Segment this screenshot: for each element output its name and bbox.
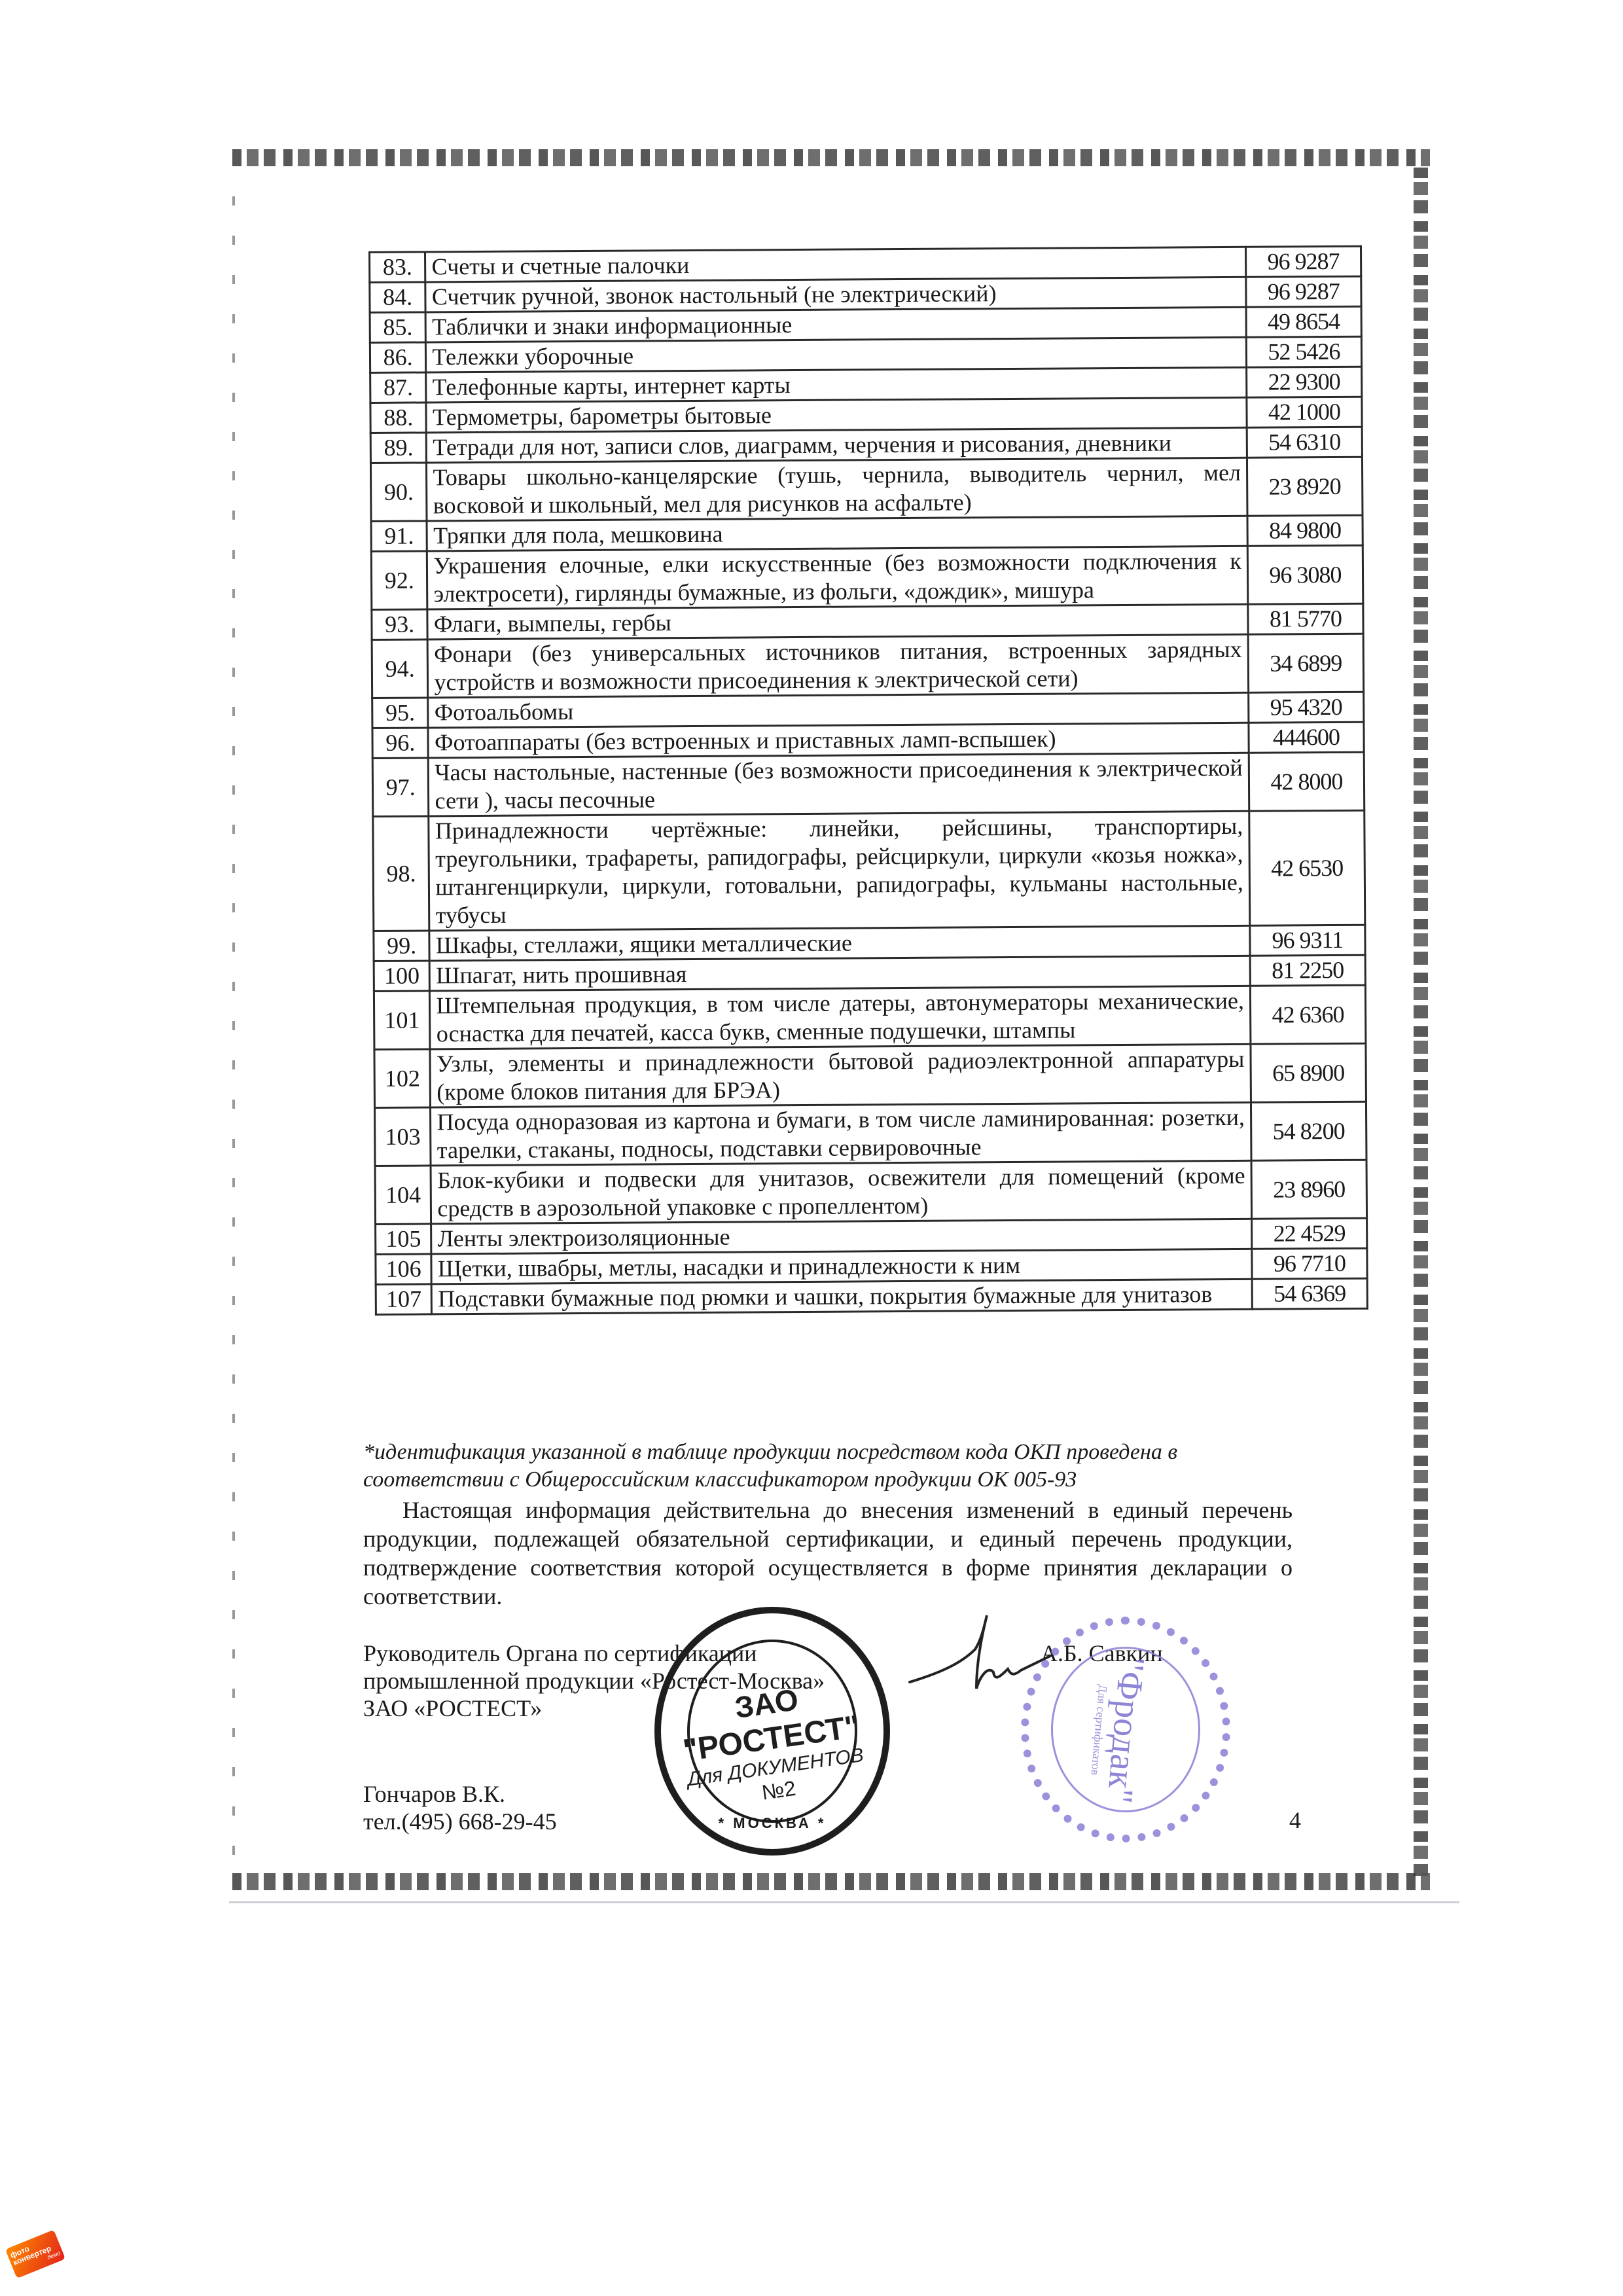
row-number: 100 bbox=[374, 961, 430, 992]
okp-code: 95 4320 bbox=[1249, 692, 1364, 723]
product-description: Телефонные карты, интернет карты bbox=[426, 367, 1247, 403]
scan-edge-line bbox=[229, 1901, 1459, 1903]
row-number: 94. bbox=[372, 639, 428, 698]
table-row: 97.Часы настольные, настенные (без возмо… bbox=[372, 752, 1364, 816]
product-description: Тряпки для пола, мешковина bbox=[427, 516, 1247, 551]
row-number: 86. bbox=[370, 342, 426, 373]
contact-phone: тел.(495) 668-29-45 bbox=[363, 1808, 557, 1835]
row-number: 107 bbox=[376, 1284, 432, 1315]
page-number: 4 bbox=[1289, 1806, 1301, 1834]
row-number: 83. bbox=[370, 252, 426, 283]
decorative-border-top bbox=[232, 149, 1430, 166]
row-number: 106 bbox=[376, 1254, 432, 1285]
okp-code: 42 6360 bbox=[1250, 985, 1366, 1044]
contact-block: Гончаров В.К. тел.(495) 668-29-45 bbox=[363, 1780, 557, 1835]
okp-code: 34 6899 bbox=[1248, 634, 1364, 692]
product-description: Товары школьно-канцелярские (тушь, черни… bbox=[427, 457, 1247, 521]
product-description: Тележки уборочные bbox=[426, 337, 1247, 372]
product-description: Принадлежности чертёжные: линейки, рейсш… bbox=[429, 811, 1249, 931]
product-description: Ленты электроизоляционные bbox=[431, 1219, 1252, 1254]
okp-code: 81 5770 bbox=[1248, 603, 1363, 634]
products-table: 83.Счеты и счетные палочки96 928784.Счет… bbox=[368, 245, 1368, 1316]
row-number: 89. bbox=[370, 433, 427, 463]
okp-code: 96 9287 bbox=[1246, 276, 1361, 307]
product-description: Часы настольные, настенные (без возможно… bbox=[429, 753, 1249, 816]
okp-code: 22 4529 bbox=[1251, 1218, 1366, 1249]
okp-code: 54 6369 bbox=[1252, 1278, 1367, 1309]
product-description: Счеты и счетные палочки bbox=[425, 247, 1246, 282]
okp-code: 65 8900 bbox=[1251, 1043, 1366, 1102]
row-number: 87. bbox=[370, 372, 427, 403]
row-number: 93. bbox=[372, 609, 428, 640]
stamp-company-name: "Фродак" bbox=[1098, 1655, 1152, 1805]
okp-code: 23 8960 bbox=[1251, 1160, 1367, 1219]
product-description: Подставки бумажные под рюмки и чашки, по… bbox=[432, 1279, 1253, 1314]
row-number: 97. bbox=[372, 758, 429, 817]
row-number: 84. bbox=[370, 282, 426, 313]
okp-code: 96 7710 bbox=[1252, 1248, 1367, 1279]
table-row: 90.Товары школьно-канцелярские (тушь, че… bbox=[370, 457, 1363, 521]
decorative-border-left bbox=[232, 157, 235, 1885]
frodak-stamp: "Фродак" Для сертификатов bbox=[1021, 1617, 1230, 1842]
okp-code: 96 9311 bbox=[1250, 925, 1365, 956]
product-description: Посуда одноразовая из картона и бумаги, … bbox=[431, 1102, 1251, 1166]
product-description: Флаги, вымпелы, гербы bbox=[427, 604, 1248, 639]
okp-code: 49 8654 bbox=[1246, 306, 1361, 337]
okp-code: 42 1000 bbox=[1247, 397, 1362, 427]
product-description: Таблички и знаки информационные bbox=[426, 307, 1247, 342]
okp-code: 54 6310 bbox=[1247, 427, 1362, 457]
row-number: 103 bbox=[374, 1107, 431, 1166]
okp-code: 96 3080 bbox=[1247, 545, 1363, 604]
okp-code: 444600 bbox=[1249, 722, 1364, 753]
fotoconverter-demo-logo: фото конвертер демо bbox=[5, 2230, 65, 2278]
row-number: 105 bbox=[376, 1224, 432, 1255]
product-description: Шпагат, нить прошивная bbox=[430, 956, 1251, 991]
okp-code: 42 8000 bbox=[1249, 752, 1364, 811]
table-row: 101Штемпельная продукция, в том числе да… bbox=[374, 985, 1366, 1049]
product-description: Узлы, элементы и принадлежности бытовой … bbox=[430, 1044, 1251, 1107]
okp-code: 52 5426 bbox=[1246, 336, 1361, 367]
table-row: 102Узлы, элементы и принадлежности бытов… bbox=[374, 1043, 1366, 1107]
product-description: Счетчик ручной, звонок настольный (не эл… bbox=[425, 277, 1246, 312]
okp-code: 22 9300 bbox=[1246, 367, 1361, 397]
table-row: 107Подставки бумажные под рюмки и чашки,… bbox=[376, 1278, 1367, 1314]
row-number: 102 bbox=[374, 1049, 431, 1108]
contact-name: Гончаров В.К. bbox=[363, 1780, 557, 1808]
okp-code: 23 8920 bbox=[1247, 457, 1363, 516]
product-description: Украшения елочные, елки искусственные (б… bbox=[427, 546, 1248, 609]
table-row: 104Блок-кубики и подвески для унитазов, … bbox=[375, 1160, 1367, 1224]
row-number: 101 bbox=[374, 991, 430, 1050]
product-description: Блок-кубики и подвески для унитазов, осв… bbox=[431, 1160, 1252, 1224]
okp-code: 84 9800 bbox=[1247, 515, 1363, 546]
product-description: Фонари (без универсальных источников пит… bbox=[428, 634, 1249, 698]
table-row: 94.Фонари (без универсальных источников … bbox=[372, 634, 1364, 698]
table-row: 98.Принадлежности чертёжные: линейки, ре… bbox=[373, 810, 1365, 931]
okp-code: 54 8200 bbox=[1251, 1102, 1366, 1160]
okp-code: 42 6530 bbox=[1249, 810, 1365, 925]
product-description: Тетради для нот, записи слов, диаграмм, … bbox=[427, 427, 1247, 463]
row-number: 98. bbox=[373, 816, 430, 931]
row-number: 99. bbox=[374, 931, 430, 961]
table-row: 103Посуда одноразовая из картона и бумаг… bbox=[374, 1102, 1366, 1166]
product-description: Термометры, барометры бытовые bbox=[426, 397, 1247, 433]
decorative-border-bottom bbox=[232, 1873, 1430, 1890]
rostest-stamp: ЗАО "РОСТЕСТ" Для ДОКУМЕНТОВ №2 * МОСКВА… bbox=[654, 1607, 890, 1856]
row-number: 88. bbox=[370, 403, 427, 433]
table-row: 92.Украшения елочные, елки искусственные… bbox=[371, 545, 1363, 609]
okp-code: 81 2250 bbox=[1250, 955, 1365, 986]
product-description: Шкафы, стеллажи, ящики металлические bbox=[429, 925, 1250, 961]
row-number: 95. bbox=[372, 698, 429, 728]
row-number: 92. bbox=[371, 551, 427, 610]
decorative-border-right bbox=[1414, 168, 1428, 1876]
product-description: Штемпельная продукция, в том числе датер… bbox=[430, 986, 1251, 1049]
row-number: 85. bbox=[370, 312, 426, 343]
row-number: 96. bbox=[372, 728, 429, 759]
footnote: *идентификация указанной в таблице проду… bbox=[363, 1439, 1306, 1494]
product-description: Щетки, швабры, метлы, насадки и принадле… bbox=[431, 1249, 1252, 1284]
row-number: 91. bbox=[371, 521, 427, 552]
validity-paragraph: Настоящая информация действительна до вн… bbox=[363, 1496, 1293, 1611]
product-description: Фотоаппараты (без встроенных и приставны… bbox=[428, 723, 1249, 758]
row-number: 104 bbox=[375, 1166, 431, 1225]
product-description: Фотоальбомы bbox=[428, 692, 1249, 728]
stamp-ring-city: * МОСКВА * bbox=[661, 1815, 883, 1832]
row-number: 90. bbox=[370, 463, 427, 522]
okp-code: 96 9287 bbox=[1245, 246, 1361, 277]
